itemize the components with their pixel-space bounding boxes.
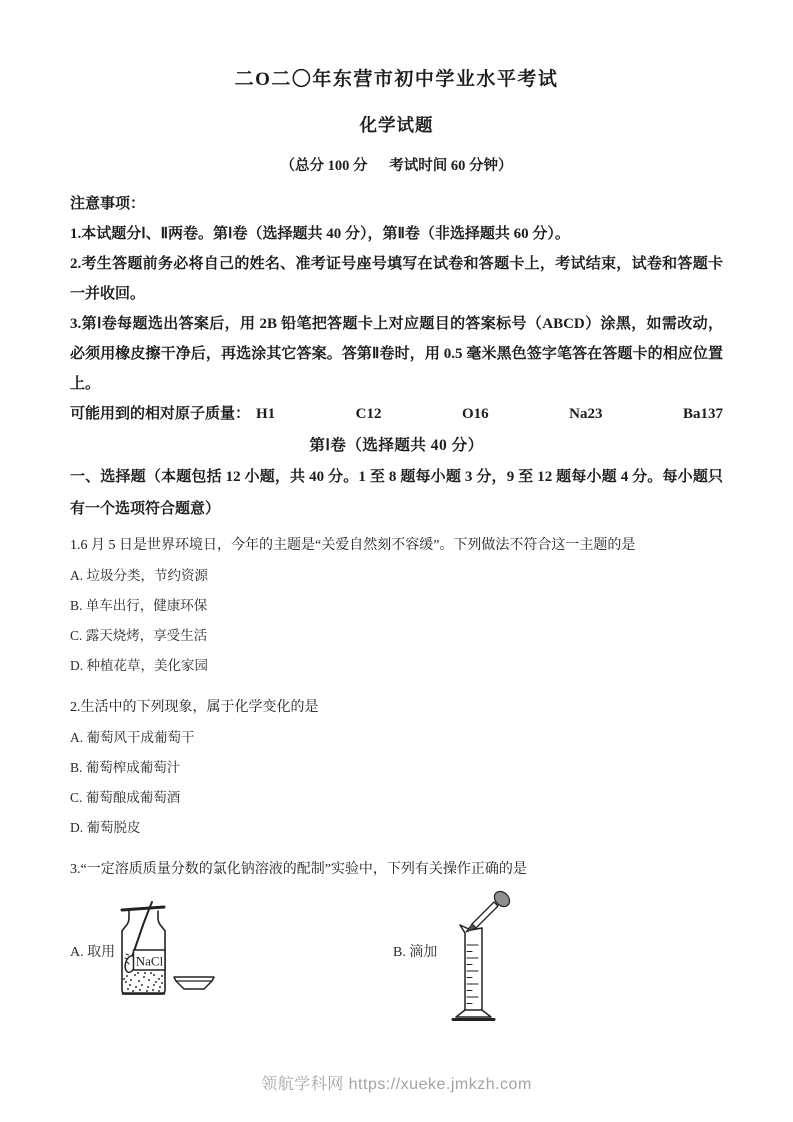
bottle-lid-icon (122, 907, 164, 910)
question-1-option-d: D. 种植花草，美化家园 (70, 651, 723, 681)
atomic-masses-row: 可能用到的相对原子质量： H1 C12 O16 Na23 Ba137 (70, 399, 723, 429)
atomic-masses-label: 可能用到的相对原子质量： (70, 399, 250, 429)
atomic-mass-ba: Ba137 (683, 399, 723, 429)
exam-subject-title: 化学试题 (70, 112, 723, 137)
question-2-option-b: B. 葡萄榨成葡萄汁 (70, 753, 723, 783)
question-1-option-b: B. 单车出行，健康环保 (70, 591, 723, 621)
exam-title: 二O二〇年东营市初中学业水平考试 (70, 64, 723, 91)
figure-a-label: A. 取用 (70, 941, 115, 961)
reagent-bottle-figure: NaCl (118, 901, 268, 1005)
cylinder-base-icon (456, 1010, 491, 1017)
atomic-masses-values: H1 C12 O16 Na23 Ba137 (250, 399, 723, 429)
atomic-mass-c: C12 (356, 399, 382, 429)
question-3-figures: A. 取用 NaCl (70, 889, 723, 1029)
question-2-text: 2.生活中的下列现象，属于化学变化的是 (70, 693, 723, 723)
exam-document: 二O二〇年东营市初中学业水平考试 化学试题 （总分 100 分 考试时间 60 … (0, 0, 793, 1122)
atomic-mass-na: Na23 (569, 399, 602, 429)
section1-heading: 第Ⅰ卷（选择题共 40 分） (70, 431, 723, 461)
notice-heading: 注意事项： (70, 189, 723, 219)
dropper-tube (472, 902, 498, 928)
atomic-mass-h: H1 (256, 399, 275, 429)
cylinder-scale-ticks (467, 945, 478, 1004)
question-1-option-a: A. 垃圾分类，节约资源 (70, 561, 723, 591)
dropper-cylinder-figure (450, 889, 570, 1024)
notice-item-1: 1.本试题分Ⅰ、Ⅱ两卷。第Ⅰ卷（选择题共 40 分），第Ⅱ卷（非选择题共 60 … (70, 219, 723, 249)
question-1-text: 1.6 月 5 日是世界环境日，今年的主题是“关爱自然刻不容缓”。下列做法不符合… (70, 531, 723, 561)
question-2-option-c: C. 葡萄酿成葡萄酒 (70, 783, 723, 813)
watermark-text: 领航学科网 https://xueke.jmkzh.com (0, 1071, 793, 1094)
notice-item-3: 3.第Ⅰ卷每题选出答案后，用 2B 铅笔把答题卡上对应题目的答案标号（ABCD）… (70, 309, 723, 399)
question-2-option-a: A. 葡萄风干成葡萄干 (70, 723, 723, 753)
atomic-mass-o: O16 (462, 399, 489, 429)
notice-item-2: 2.考生答题前务必将自己的姓名、准考证号座号填写在试卷和答题卡上，考试结束，试卷… (70, 249, 723, 309)
question-3-text: 3.“一定溶质质量分数的氯化钠溶液的配制”实验中，下列有关操作正确的是 (70, 855, 723, 885)
question-1-option-c: C. 露天烧烤，享受生活 (70, 621, 723, 651)
powder-dots (123, 972, 163, 992)
figure-b-label: B. 滴加 (393, 941, 437, 961)
nacl-label-text: NaCl (136, 954, 164, 969)
section1-intro: 一、选择题（本题包括 12 小题，共 40 分。1 至 8 题每小题 3 分，9… (70, 461, 723, 525)
dropper-icon (466, 889, 513, 932)
exam-meta-line: （总分 100 分 考试时间 60 分钟） (70, 154, 723, 175)
watch-glass-icon (174, 977, 214, 989)
question-2-option-d: D. 葡萄脱皮 (70, 813, 723, 843)
